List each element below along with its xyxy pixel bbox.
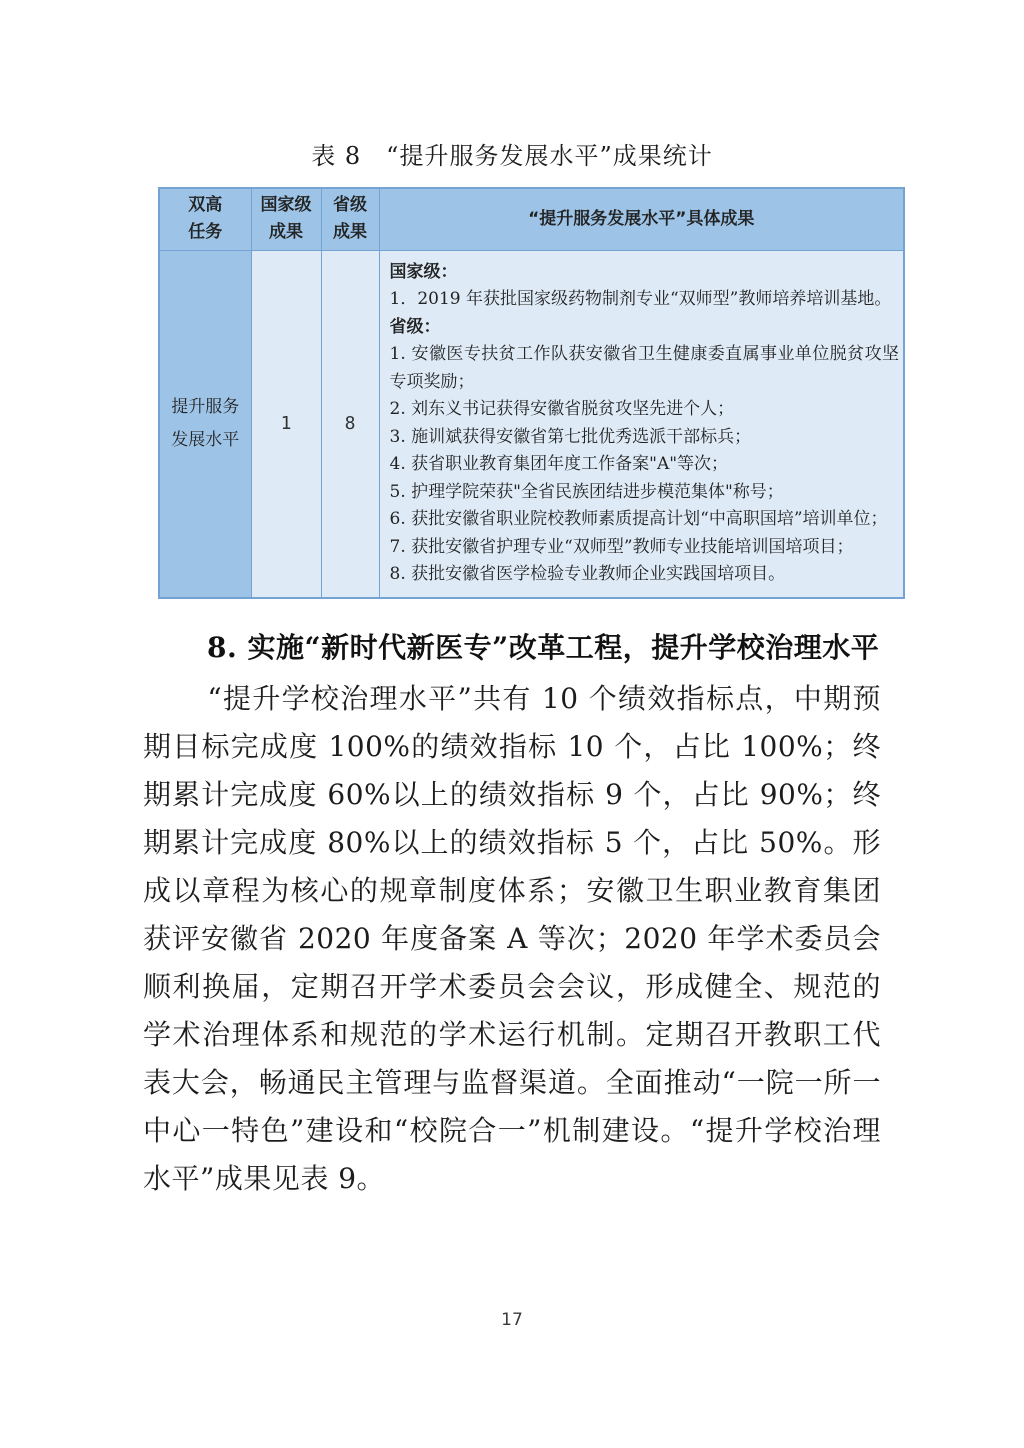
detail-item: 1. 安徽医专扶贫工作队获安徽省卫生健康委直属事业单位脱贫攻坚专项奖励； [390, 341, 900, 396]
detail-item: 3. 施训斌获得安徽省第七批优秀选派干部标兵； [390, 424, 900, 452]
detail-item: 6. 获批安徽省职业院校教师素质提高计划“中高职国培”培训单位； [390, 506, 900, 534]
detail-label-provincial: 省级： [390, 314, 900, 342]
section-paragraph: “提升学校治理水平”共有 10 个绩效指标点，中期预期目标完成度 100%的绩效… [143, 675, 881, 1203]
cell-national-count: 1 [251, 250, 321, 598]
achievements-table: 双高 任务 国家级 成果 省级 成果 “提升服务发展水平”具体成果 提升服务 发… [158, 187, 905, 599]
detail-item: 8. 获批安徽省医学检验专业教师企业实践国培项目。 [390, 561, 900, 589]
document-page: 表 8 “提升服务发展水平”成果统计 双高 任务 国家级 成果 省级 成果 “提… [0, 0, 1024, 1448]
table-row: 提升服务 发展水平 1 8 国家级： 1．2019 年获批国家级药物制剂专业“双… [159, 250, 904, 598]
table-header-row: 双高 任务 国家级 成果 省级 成果 “提升服务发展水平”具体成果 [159, 188, 904, 250]
col-header-national-achievements: 国家级 成果 [251, 188, 321, 250]
page-content: 表 8 “提升服务发展水平”成果统计 双高 任务 国家级 成果 省级 成果 “提… [143, 136, 881, 1203]
cell-specific-achievements: 国家级： 1．2019 年获批国家级药物制剂专业“双师型”教师培养培训基地。 省… [379, 250, 904, 598]
section-heading: 8. 实施“新时代新医专”改革工程，提升学校治理水平 [143, 625, 881, 671]
detail-item: 4. 获省职业教育集团年度工作备案"A"等次； [390, 451, 900, 479]
cell-provincial-count: 8 [321, 250, 379, 598]
col-header-dual-high-task: 双高 任务 [159, 188, 251, 250]
detail-item: 2. 刘东义书记获得安徽省脱贫攻坚先进个人； [390, 396, 900, 424]
detail-item: 5. 护理学院荣获"全省民族团结进步模范集体"称号； [390, 479, 900, 507]
col-header-provincial-achievements: 省级 成果 [321, 188, 379, 250]
page-number: 17 [0, 1310, 1024, 1330]
detail-label-national: 国家级： [390, 259, 900, 287]
col-header-specific-achievements: “提升服务发展水平”具体成果 [379, 188, 904, 250]
table-caption: 表 8 “提升服务发展水平”成果统计 [143, 136, 881, 171]
detail-item: 1．2019 年获批国家级药物制剂专业“双师型”教师培养培训基地。 [390, 286, 900, 314]
cell-task-name: 提升服务 发展水平 [159, 250, 251, 598]
detail-item: 7. 获批安徽省护理专业“双师型”教师专业技能培训国培项目； [390, 534, 900, 562]
